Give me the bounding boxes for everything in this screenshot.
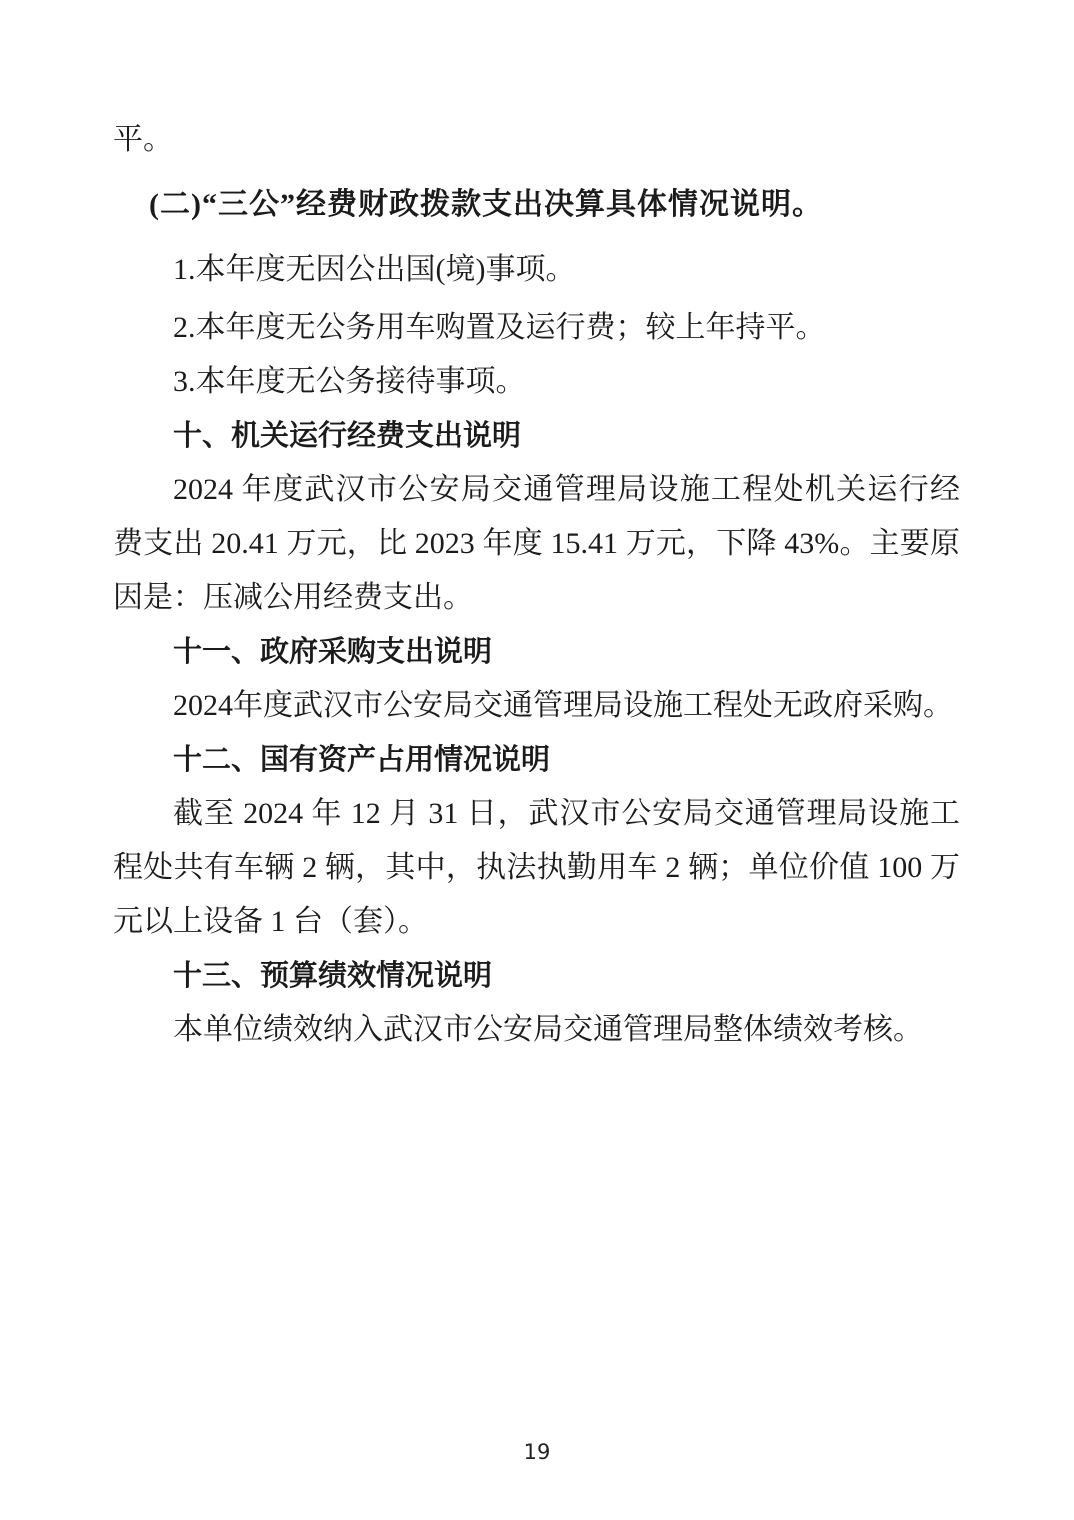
- heading-three-public-expenses: (二)“三公”经费财政拨款支出决算具体情况说明。: [113, 178, 960, 232]
- heading-section-13-budget-performance: 十三、预算绩效情况说明: [113, 949, 960, 1003]
- list-item-3-official-reception: 3.本年度无公务接待事项。: [113, 355, 960, 409]
- paragraph-government-procurement: 2024年度武汉市公安局交通管理局设施工程处无政府采购。: [113, 679, 960, 733]
- document-page: 平。 (二)“三公”经费财政拨款支出决算具体情况说明。 1.本年度无因公出国(境…: [0, 0, 1074, 1520]
- heading-section-12-state-assets: 十二、国有资产占用情况说明: [113, 733, 960, 787]
- list-item-2-official-vehicles: 2.本年度无公务用车购置及运行费；较上年持平。: [113, 301, 960, 355]
- paragraph-continuation: 平。: [113, 113, 960, 167]
- list-item-1-overseas-trips: 1.本年度无因公出国(境)事项。: [113, 243, 960, 297]
- paragraph-operating-expenses: 2024 年度武汉市公安局交通管理局设施工程处机关运行经费支出 20.41 万元…: [113, 463, 960, 625]
- paragraph-budget-performance: 本单位绩效纳入武汉市公安局交通管理局整体绩效考核。: [113, 1003, 960, 1057]
- heading-section-11-government-procurement: 十一、政府采购支出说明: [113, 625, 960, 679]
- heading-section-10-operating-expenses: 十、机关运行经费支出说明: [113, 409, 960, 463]
- paragraph-state-assets: 截至 2024 年 12 月 31 日，武汉市公安局交通管理局设施工程处共有车辆…: [113, 787, 960, 949]
- page-number: 19: [0, 1440, 1074, 1465]
